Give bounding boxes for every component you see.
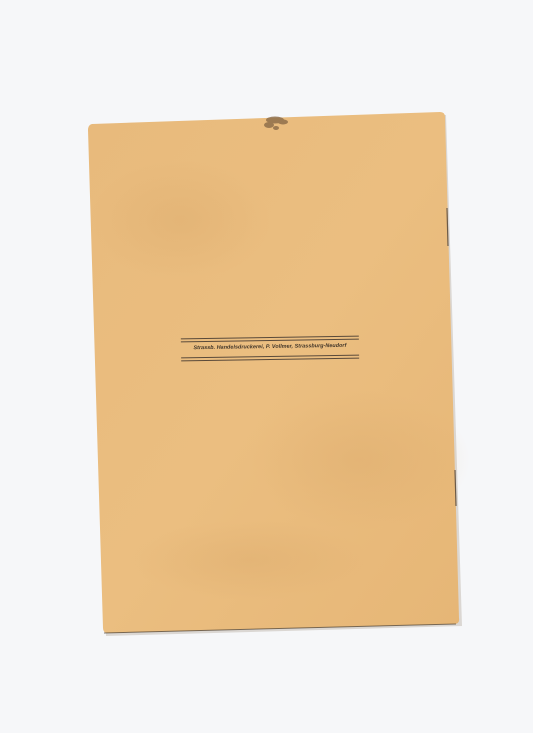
printer-imprint: Strassb. Handelsdruckerei, P. Vollmer, S… <box>181 334 359 365</box>
imprint-text: Strassb. Handelsdruckerei, P. Vollmer, S… <box>181 343 359 352</box>
imprint-rule-bottom-2 <box>181 358 359 362</box>
imprint-rule-top-2 <box>181 339 359 343</box>
scanned-page <box>0 0 533 733</box>
